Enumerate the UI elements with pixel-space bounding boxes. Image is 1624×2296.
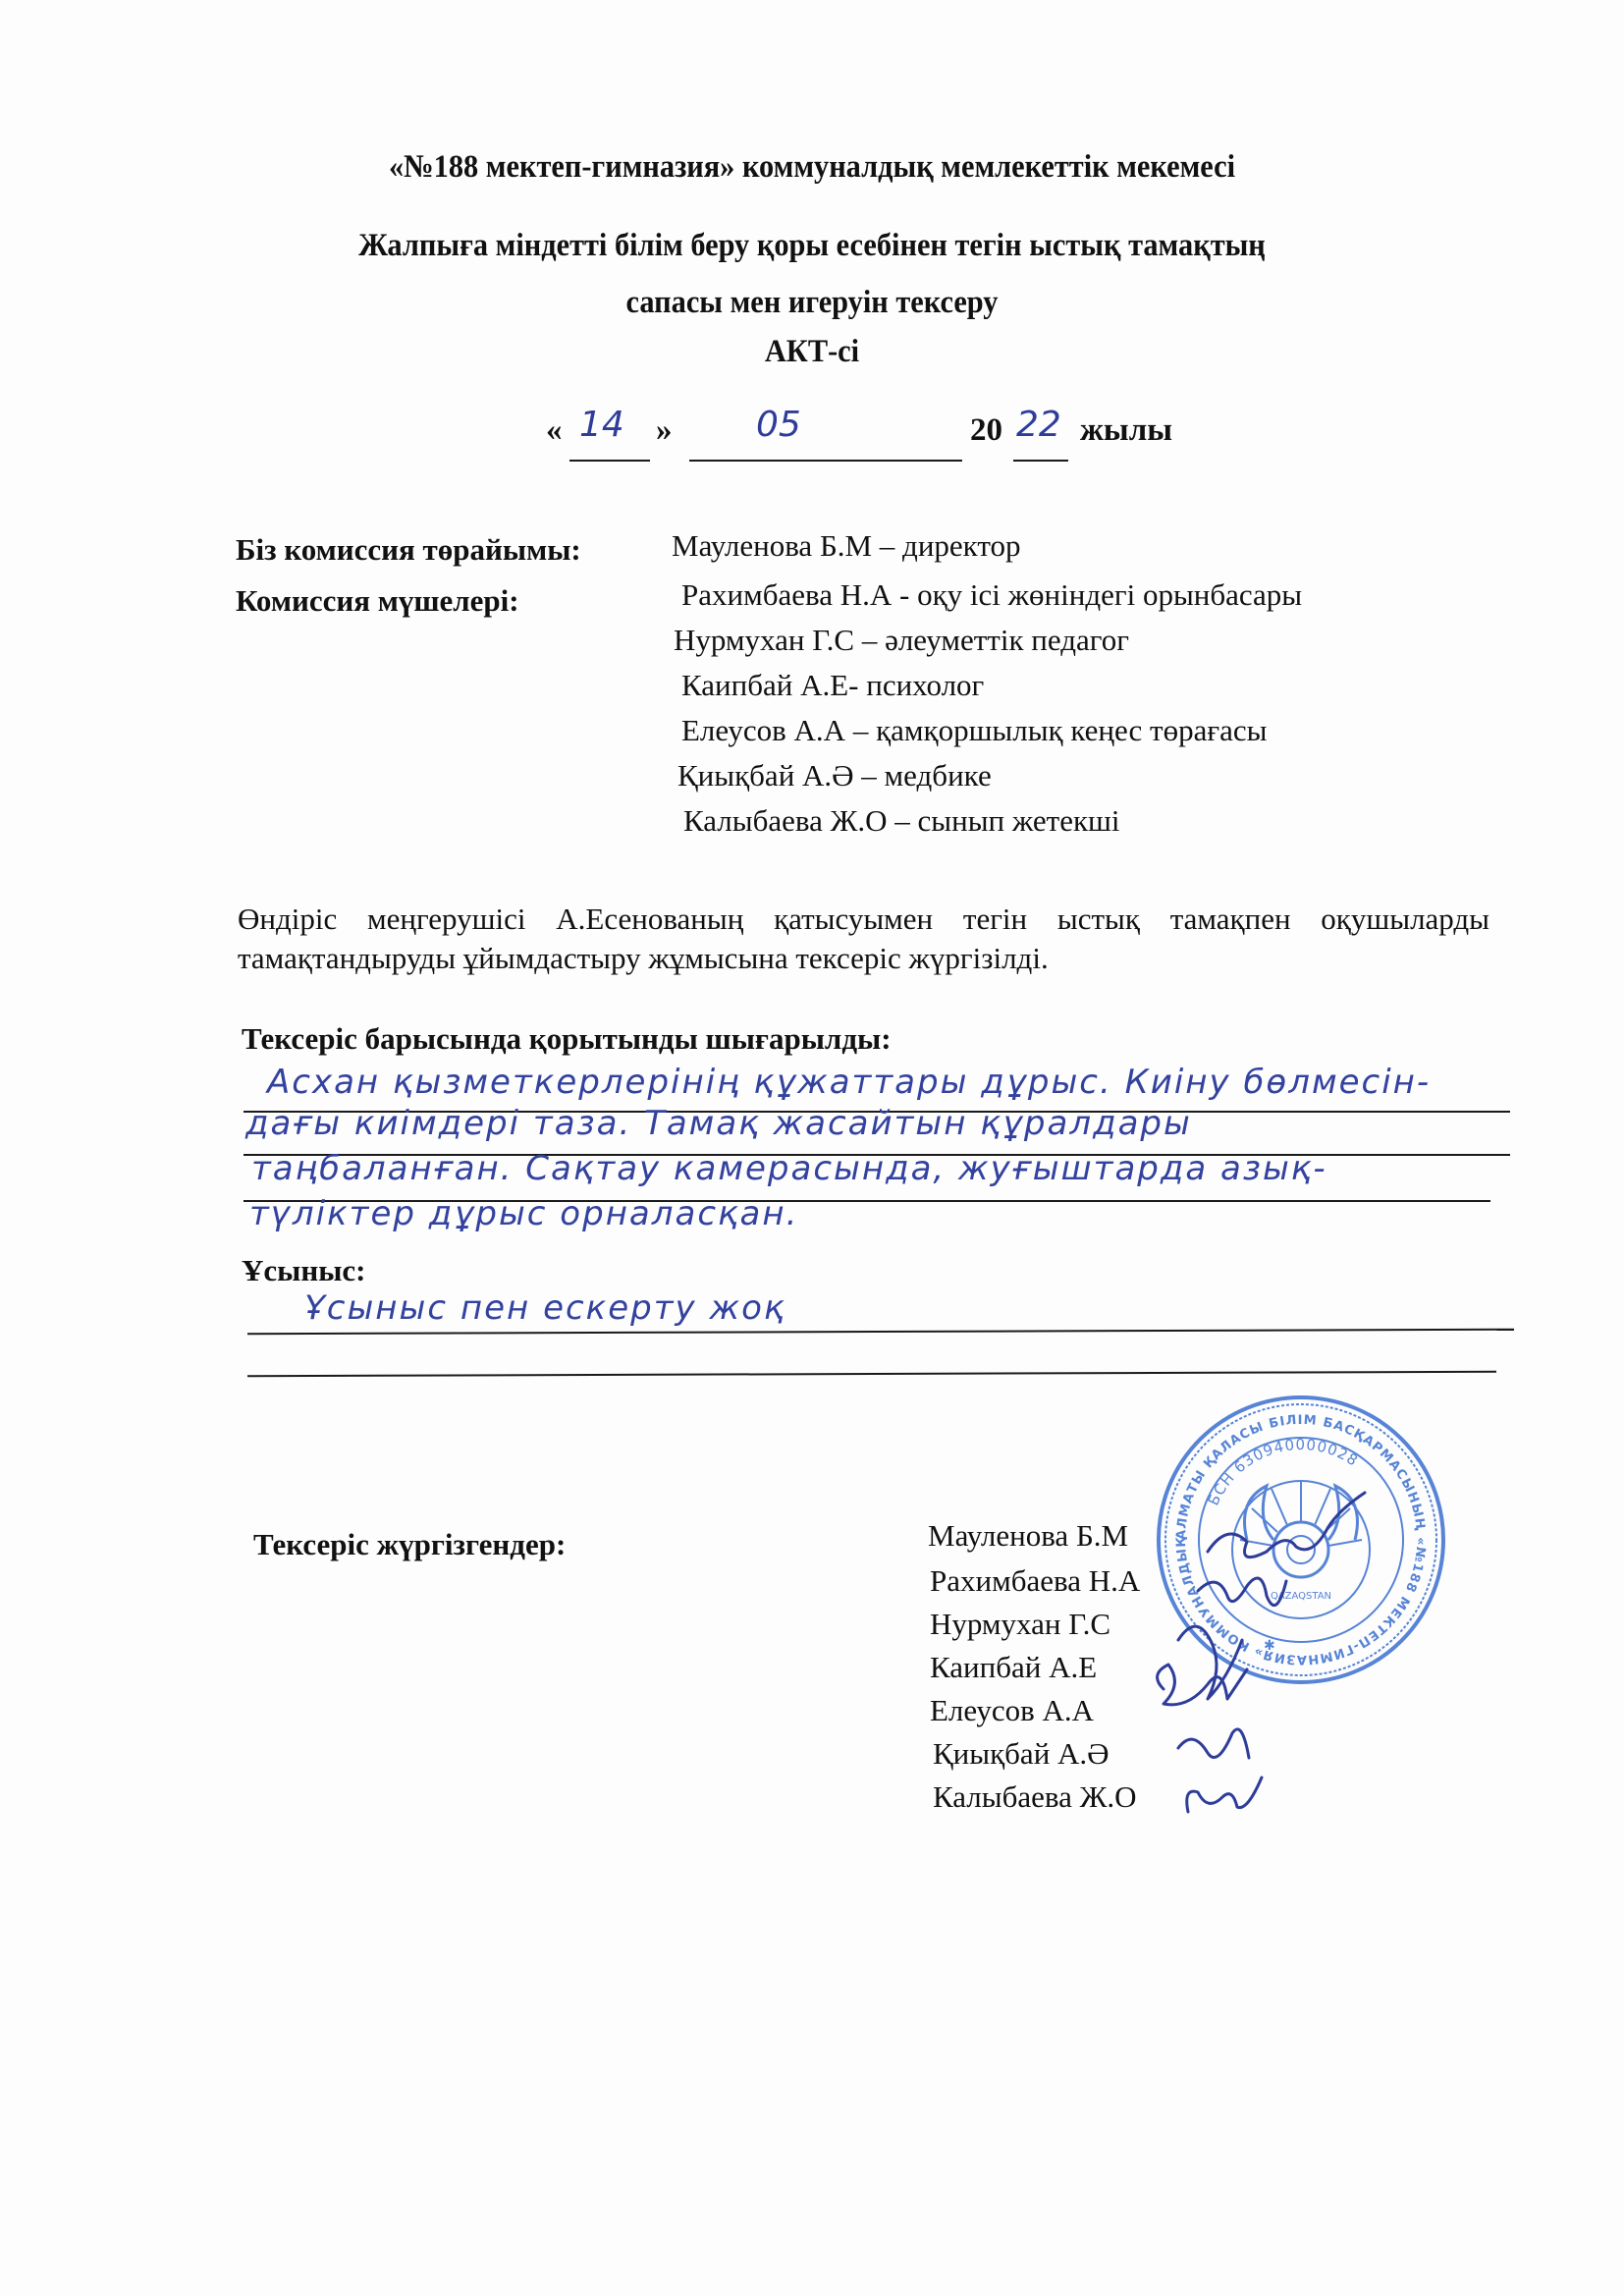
commission-chair-label: Біз комиссия төрайымы: [236,532,581,568]
inspector-name: Рахимбаева Н.А [930,1563,1140,1599]
inspector-name: Калыбаева Ж.О [933,1779,1137,1815]
date-month-underline [689,460,962,462]
date-close-quote: » [656,412,673,449]
act-subtitle-line-1: Жалпыға міндетті білім беру қоры есебіне… [65,228,1559,264]
date-month-handwritten: 05 [756,405,801,445]
signatures-handwritten-icon [1139,1473,1434,1846]
conclusion-handwritten-line: түліктер дұрыс орналасқан. [249,1194,798,1233]
date-day-underline [569,460,650,462]
document-page: «№188 мектеп-гимназия» коммуналдық мемле… [0,0,1624,2296]
commission-member: Нурмухан Г.С – әлеуметтік педагог [674,623,1129,658]
commission-member: Каипбай А.Е- психолог [681,668,984,703]
conclusion-label: Тексеріс барысында қорытынды шығарылды: [242,1021,892,1057]
act-label: АКТ-сі [65,334,1559,370]
inspector-name: Нурмухан Г.С [930,1607,1110,1642]
date-year-underline [1013,460,1068,462]
commission-member: Қиықбай А.Ә – медбике [677,758,992,793]
date-open-quote: « [546,412,563,449]
date-year-word: жылы [1080,412,1172,449]
conclusion-handwritten-line: Асхан қызметкерлерінің құжаттары дұрыс. … [267,1063,1431,1102]
conclusion-handwritten-line: дағы киімдері таза. Тамақ жасайтын құрал… [245,1104,1192,1143]
recommendation-rule [247,1329,1514,1336]
recommendation-label: Ұсыныс: [242,1253,366,1288]
inspector-name: Мауленова Б.М [928,1518,1128,1554]
date-year-prefix: 20 [970,412,1002,449]
act-subtitle-line-2: сапасы мен игеруін тексеру [65,285,1559,321]
inspector-name: Қиықбай А.Ә [933,1736,1110,1772]
commission-member: Елеусов А.А – қамқоршылық кеңес төрағасы [681,713,1267,748]
date-year-suffix-handwritten: 22 [1016,405,1061,445]
commission-member: Калыбаева Ж.О – сынып жетекші [683,803,1120,839]
institution-title: «№188 мектеп-гимназия» коммуналдық мемле… [65,149,1559,186]
commission-chair-value: Мауленова Б.М – директор [672,528,1020,564]
commission-member: Рахимбаева Н.А - оқу ісі жөніндегі орынб… [681,577,1302,613]
inspectors-label: Тексеріс жүргізгендер: [253,1527,566,1562]
inspector-name: Елеусов А.А [930,1693,1094,1728]
intro-paragraph: Өндіріс меңгерушісі А.Есенованың қатысуы… [238,900,1489,978]
date-day-handwritten: 14 [579,405,624,445]
recommendation-handwritten-line: Ұсыныс пен ескерту жоқ [304,1288,785,1328]
commission-members-label: Комиссия мүшелері: [236,583,519,619]
inspector-name: Каипбай А.Е [930,1650,1097,1685]
conclusion-handwritten-line: таңбаланған. Сақтау камерасында, жуғышта… [251,1149,1327,1188]
recommendation-rule [247,1371,1496,1377]
